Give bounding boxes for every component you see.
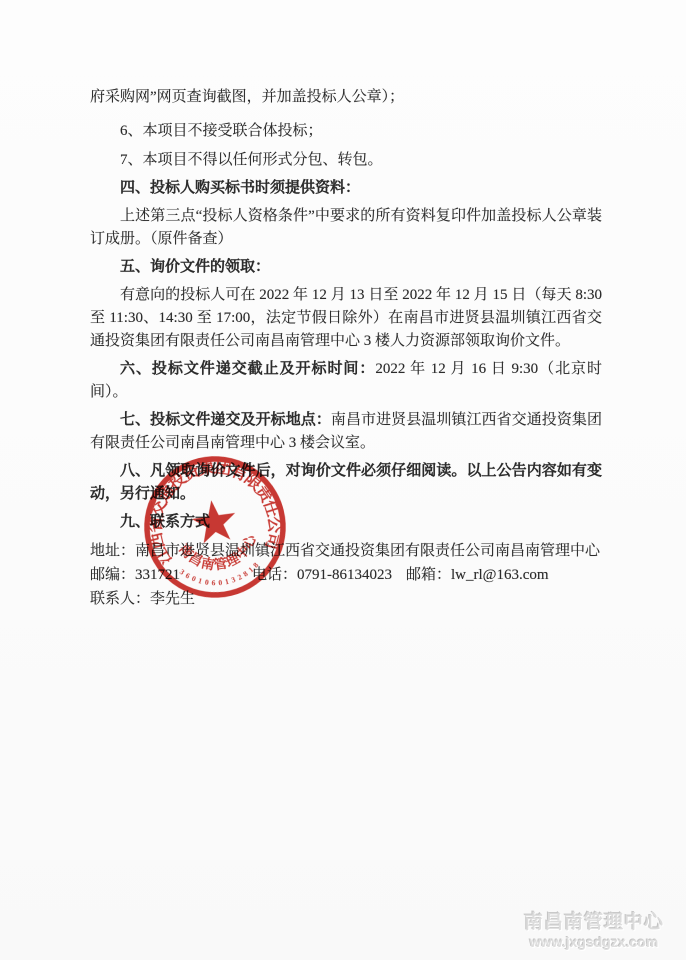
paragraph-continuation: 府采购网”网页查询截图，并加盖投标人公章）；	[90, 86, 602, 109]
section-heading-text: 四、投标人购买标书时须提供资料：	[120, 180, 360, 196]
paragraph-text: 府采购网”网页查询截图，并加盖投标人公章）；	[90, 89, 404, 105]
paragraph-text: 6、本项目不接受联合体投标；	[120, 123, 323, 139]
document-body: 府采购网”网页查询截图，并加盖投标人公章）； 6、本项目不接受联合体投标； 7、…	[90, 86, 602, 611]
section-heading-text: 五、询价文件的领取：	[120, 259, 270, 275]
section-heading-text: 七、投标文件递交及开标地点：	[120, 412, 331, 428]
contact-postcode: 邮编：331721	[90, 567, 180, 583]
section-heading-6: 六、投标文件递交截止及开标时间：2022 年 12 月 16 日 9:30（北京…	[90, 358, 602, 404]
paragraph-materials: 上述第三点“投标人资格条件”中要求的所有资料复印件加盖投标人公章装订成册。（原件…	[90, 205, 602, 251]
scanned-document-page: 府采购网”网页查询截图，并加盖投标人公章）； 6、本项目不接受联合体投标； 7、…	[0, 0, 686, 960]
paragraph-text: 有意向的投标人可在 2022 年 12 月 13 日至 2022 年 12 月 …	[90, 287, 602, 349]
paragraph-text: 上述第三点“投标人资格条件”中要求的所有资料复印件加盖投标人公章装订成册。（原件…	[90, 208, 602, 247]
contact-phone: 电话：0791-86134023	[252, 567, 392, 583]
section-heading-text: 八、凡领取询价文件后，对询价文件必须仔细阅读。以上公告内容如有变动，另行通知。	[90, 463, 602, 502]
contact-block: 地址：南昌市进贤县温圳镇江西省交通投资集团有限责任公司南昌南管理中心 邮编：33…	[90, 539, 602, 611]
section-heading-text: 六、投标文件递交截止及开标时间：	[120, 361, 375, 377]
list-item-6: 6、本项目不接受联合体投标；	[90, 120, 602, 143]
section-heading-8: 八、凡领取询价文件后，对询价文件必须仔细阅读。以上公告内容如有变动，另行通知。	[90, 460, 602, 506]
watermark-title: 南昌南管理中心	[524, 907, 664, 934]
contact-person: 联系人：李先生	[90, 587, 602, 611]
paragraph-collection-time: 有意向的投标人可在 2022 年 12 月 13 日至 2022 年 12 月 …	[90, 284, 602, 353]
section-heading-5: 五、询价文件的领取：	[90, 256, 602, 279]
site-watermark: 南昌南管理中心 www.jxgsdgzx.com	[524, 907, 664, 950]
section-heading-text: 九、联系方式	[120, 514, 210, 530]
contact-line-2: 邮编：331721电话：0791-86134023邮箱：lw_rl@163.co…	[90, 563, 602, 587]
section-heading-7: 七、投标文件递交及开标地点：南昌市进贤县温圳镇江西省交通投资集团有限责任公司南昌…	[90, 409, 602, 455]
list-item-7: 7、本项目不得以任何形式分包、转包。	[90, 149, 602, 172]
section-heading-9: 九、联系方式	[90, 511, 602, 534]
watermark-url: www.jxgsdgzx.com	[524, 934, 664, 950]
contact-email: 邮箱：lw_rl@163.com	[406, 567, 549, 583]
contact-address: 地址：南昌市进贤县温圳镇江西省交通投资集团有限责任公司南昌南管理中心	[90, 539, 602, 563]
paragraph-text: 7、本项目不得以任何形式分包、转包。	[120, 152, 383, 168]
section-heading-4: 四、投标人购买标书时须提供资料：	[90, 177, 602, 200]
